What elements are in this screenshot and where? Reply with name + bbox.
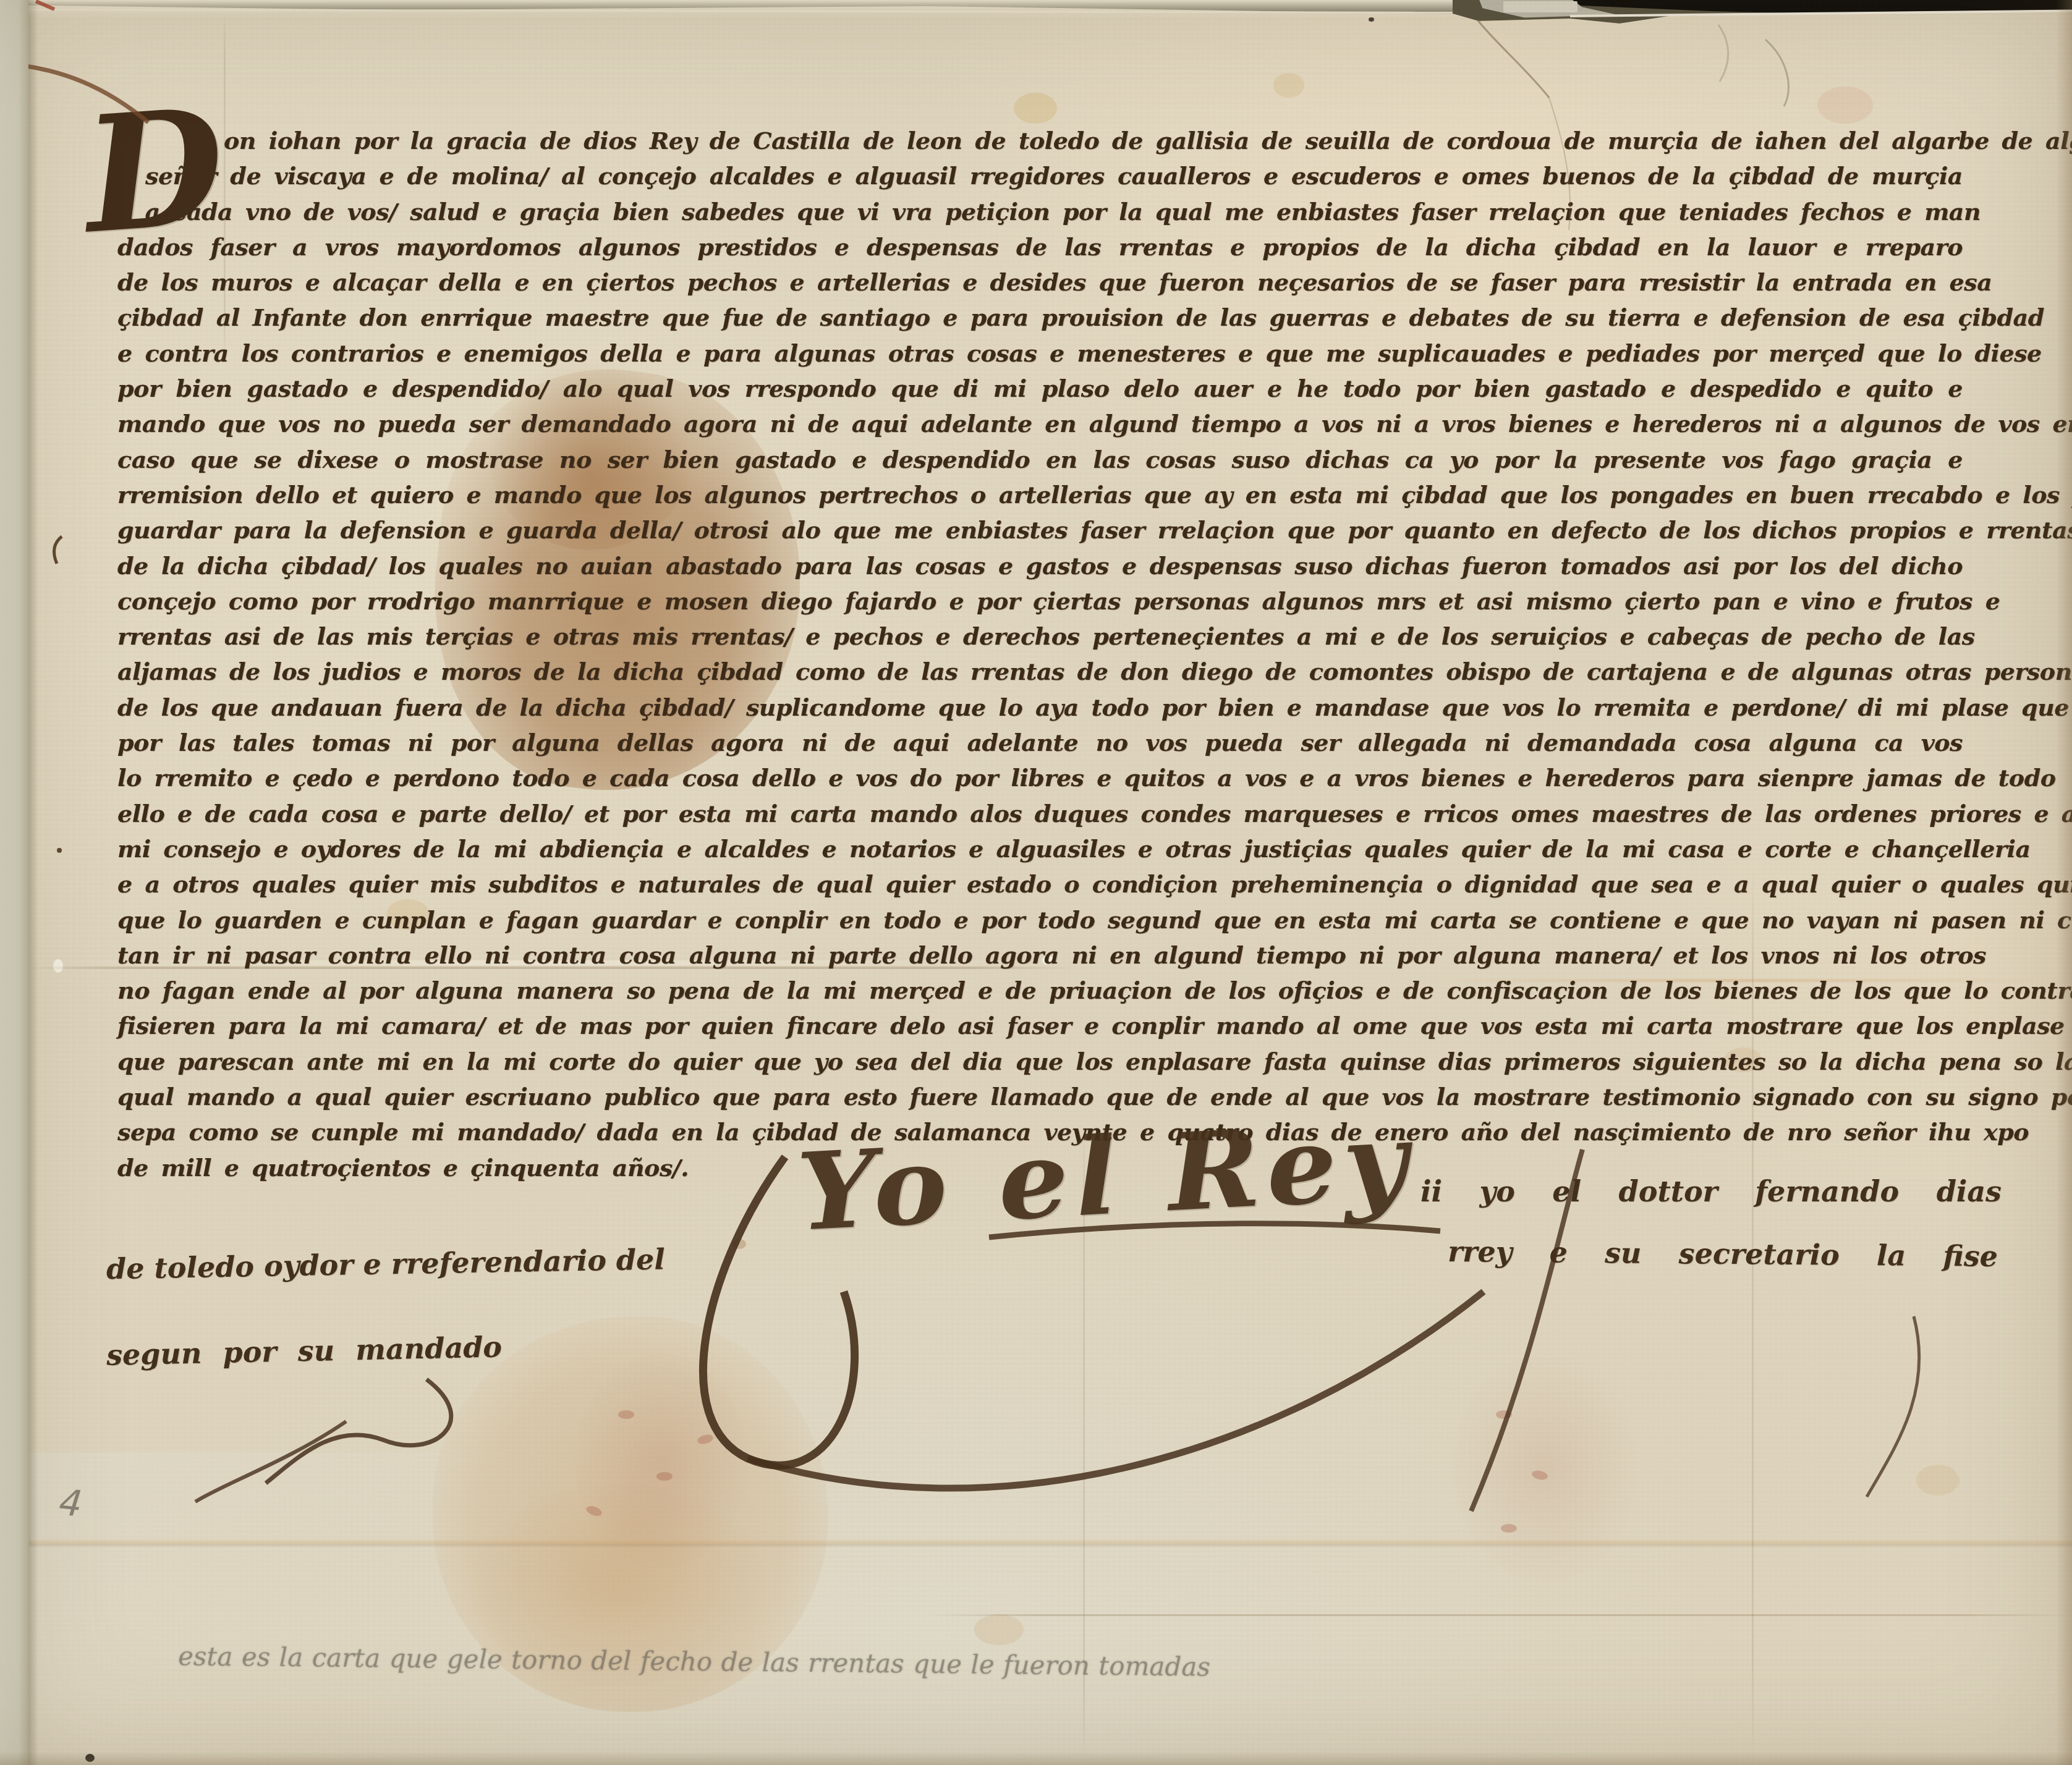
- scan-vignette: [0, 0, 2072, 1765]
- scanned-manuscript: on iohan por la gracia de dios Rey de Ca…: [0, 0, 2072, 1765]
